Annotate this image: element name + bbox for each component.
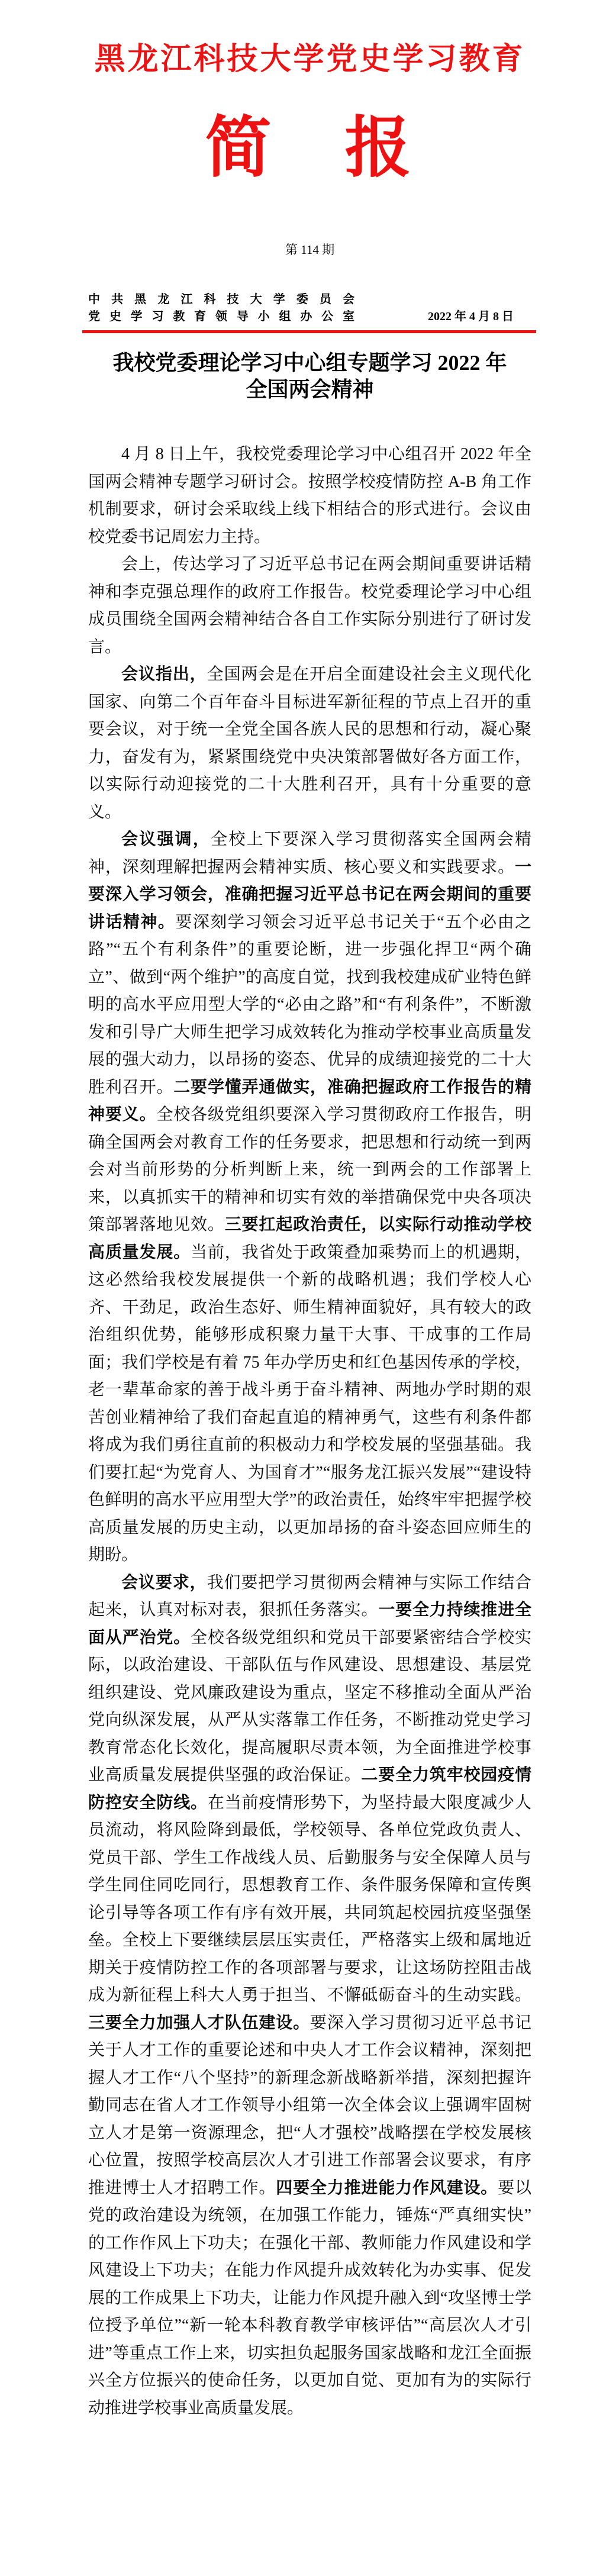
issuing-org-block: 中共黑龙江科技大学委员会 党史学习教育领导小组办公室 xyxy=(88,291,354,325)
body-paragraph: 会议强调，全校上下要深入学习贯彻落实全国两会精神，深刻理解把握两会精神实质、核心… xyxy=(88,826,531,1569)
issuer-and-date-row: 中共黑龙江科技大学委员会 党史学习教育领导小组办公室 2022 年 4 月 8 … xyxy=(88,291,531,325)
issuing-org-line-2: 党史学习教育领导小组办公室 xyxy=(88,308,354,325)
issue-number: 第 114 期 xyxy=(88,241,531,259)
issuing-org-line-1: 中共黑龙江科技大学委员会 xyxy=(88,291,354,308)
masthead-title: 黑龙江科技大学党史学习教育 xyxy=(88,41,531,78)
article-title-line-2: 全国两会精神 xyxy=(88,376,531,403)
body-paragraph: 会上，传达学习了习近平总书记在两会期间重要讲话精神和李克强总理作的政府工作报告。… xyxy=(88,551,531,661)
body-paragraph: 4 月 8 日上午，我校党委理论学习中心组召开 2022 年全国两会精神专题学习… xyxy=(88,441,531,551)
article-body: 4 月 8 日上午，我校党委理论学习中心组召开 2022 年全国两会精神专题学习… xyxy=(88,441,531,2422)
bulletin-page: 黑龙江科技大学党史学习教育 简 报 第 114 期 中共黑龙江科技大学委员会 党… xyxy=(0,41,606,2576)
paper-name: 简 报 xyxy=(88,111,531,187)
issue-date: 2022 年 4 月 8 日 xyxy=(428,308,514,325)
body-paragraph: 会议要求，我们要把学习贯彻两会精神与实际工作结合起来，认真对标对表，狠抓任务落实… xyxy=(88,1569,531,2423)
article-title-line-1: 我校党委理论学习中心组专题学习 2022 年 xyxy=(88,350,531,376)
body-paragraph: 会议指出，全国两会是在开启全面建设社会主义现代化国家、向第二个百年奋斗目标进军新… xyxy=(88,661,531,826)
masthead-divider-rule xyxy=(82,330,536,333)
article-title: 我校党委理论学习中心组专题学习 2022 年 全国两会精神 xyxy=(88,350,531,403)
